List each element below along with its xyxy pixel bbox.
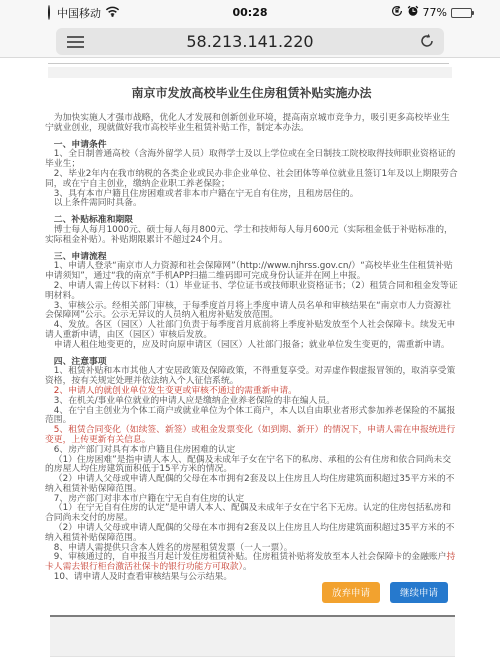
doc-paragraph: 2、申请人需上传以下材料：（1）毕业证书、学位证书或技师职业资格证书；（2）租赁…	[45, 282, 458, 302]
abandon-button[interactable]: 放弃申请	[322, 582, 380, 603]
battery-percent: 77%	[423, 6, 447, 19]
page-divider	[48, 63, 449, 64]
battery-icon	[451, 8, 472, 18]
doc-paragraph: 4、在宁自主创业为个体工商户或就业单位为个体工商户，本人以自由职业者形式参加养老…	[45, 407, 458, 427]
doc-paragraph: 9、审核通过的，自申报当月起计发住房租赁补贴。住房租赁补贴将发放至本人社会保障卡…	[45, 553, 458, 573]
doc-paragraph: 5、租赁合同变化（如续签、新签）或租金发票变化（如到期、新开）的情况下，申请人需…	[45, 426, 458, 446]
alarm-icon	[407, 5, 419, 20]
orientation-lock-icon	[391, 5, 403, 20]
url-text[interactable]: 58.213.141.220	[186, 32, 313, 51]
doc-paragraph: 申请人租住地变更的，应及时向原申请区（园区）人社部门报备；就业单位发生变更的，需…	[45, 341, 458, 351]
status-bar: 中国移动 00:28	[0, 0, 500, 25]
doc-paragraph: 1、租赁补贴和本市其他人才安居政策及保障政策，不得重复享受。对弄虚作假虚报冒领的…	[45, 367, 458, 387]
doc-paragraph: 3、审核公示。经相关部门审核，于每季度首月将上季度申请人员名单和审核结果在“南京…	[45, 302, 458, 322]
doc-paragraph: （1）在宁无自有住房的认定”是申请人本人、配偶及未成年子女在宁名下无房。认定的住…	[45, 504, 458, 524]
doc-paragraph: （1）住房困难”是指申请人本人、配偶及未成年子女在宁名下的私房、承租的公有住房和…	[45, 456, 458, 476]
doc-paragraph: 为加快实施人才强市战略，优化人才发展和创新创业环境，提高南京城市竞争力，吸引更多…	[45, 114, 458, 134]
browser-toolbar: 58.213.141.220	[0, 25, 500, 58]
doc-paragraph: 博士每人每月1000元、硕士每人每月800元、学士和技师每人每月600元（实际租…	[45, 226, 458, 246]
doc-paragraph: （2）申请人父母或申请人配偶的父母在本市拥有2套及以上住房且人均住房建筑面积超过…	[45, 524, 458, 544]
refresh-icon[interactable]	[419, 33, 435, 53]
page-header-band	[48, 67, 452, 78]
doc-paragraph: 1、申请人登录“南京市人力资源和社会保障网”（http://www.njhrss…	[45, 262, 458, 282]
continue-button[interactable]: 继续申请	[390, 582, 448, 603]
reader-icon[interactable]	[67, 36, 84, 48]
doc-paragraph: 2、毕业2年内在我市纳税的各类企业或民办非企业单位、社会团体等单位就业且签订1年…	[45, 170, 458, 190]
footer-bar	[50, 615, 455, 657]
phone-screen: 中国移动 00:28	[0, 0, 500, 667]
doc-paragraph: 1、全日制普通高校（含海外留学人员）取得学士及以上学位或在全日制技工院校取得技师…	[45, 150, 458, 170]
page-title: 南京市发放高校毕业生住房租赁补贴实施办法	[45, 84, 458, 101]
document: 南京市发放高校毕业生住房租赁补贴实施办法 为加快实施人才强市战略，优化人才发展和…	[45, 84, 458, 583]
doc-paragraph: （2）申请人父母或申请人配偶的父母在本市拥有2套及以上住房且人均住房建筑面积超过…	[45, 475, 458, 495]
action-buttons: 放弃申请 继续申请	[322, 582, 448, 603]
url-field[interactable]: 58.213.141.220	[56, 28, 444, 55]
document-body: 为加快实施人才强市战略，优化人才发展和创新创业环境，提高南京城市竞争力，吸引更多…	[45, 114, 458, 583]
doc-paragraph: 4、发放。各区（园区）人社部门负责于每季度首月底前将上季度补贴发放至个人社会保障…	[45, 321, 458, 341]
doc-paragraph: 以上条件需同时具备。	[45, 199, 458, 209]
